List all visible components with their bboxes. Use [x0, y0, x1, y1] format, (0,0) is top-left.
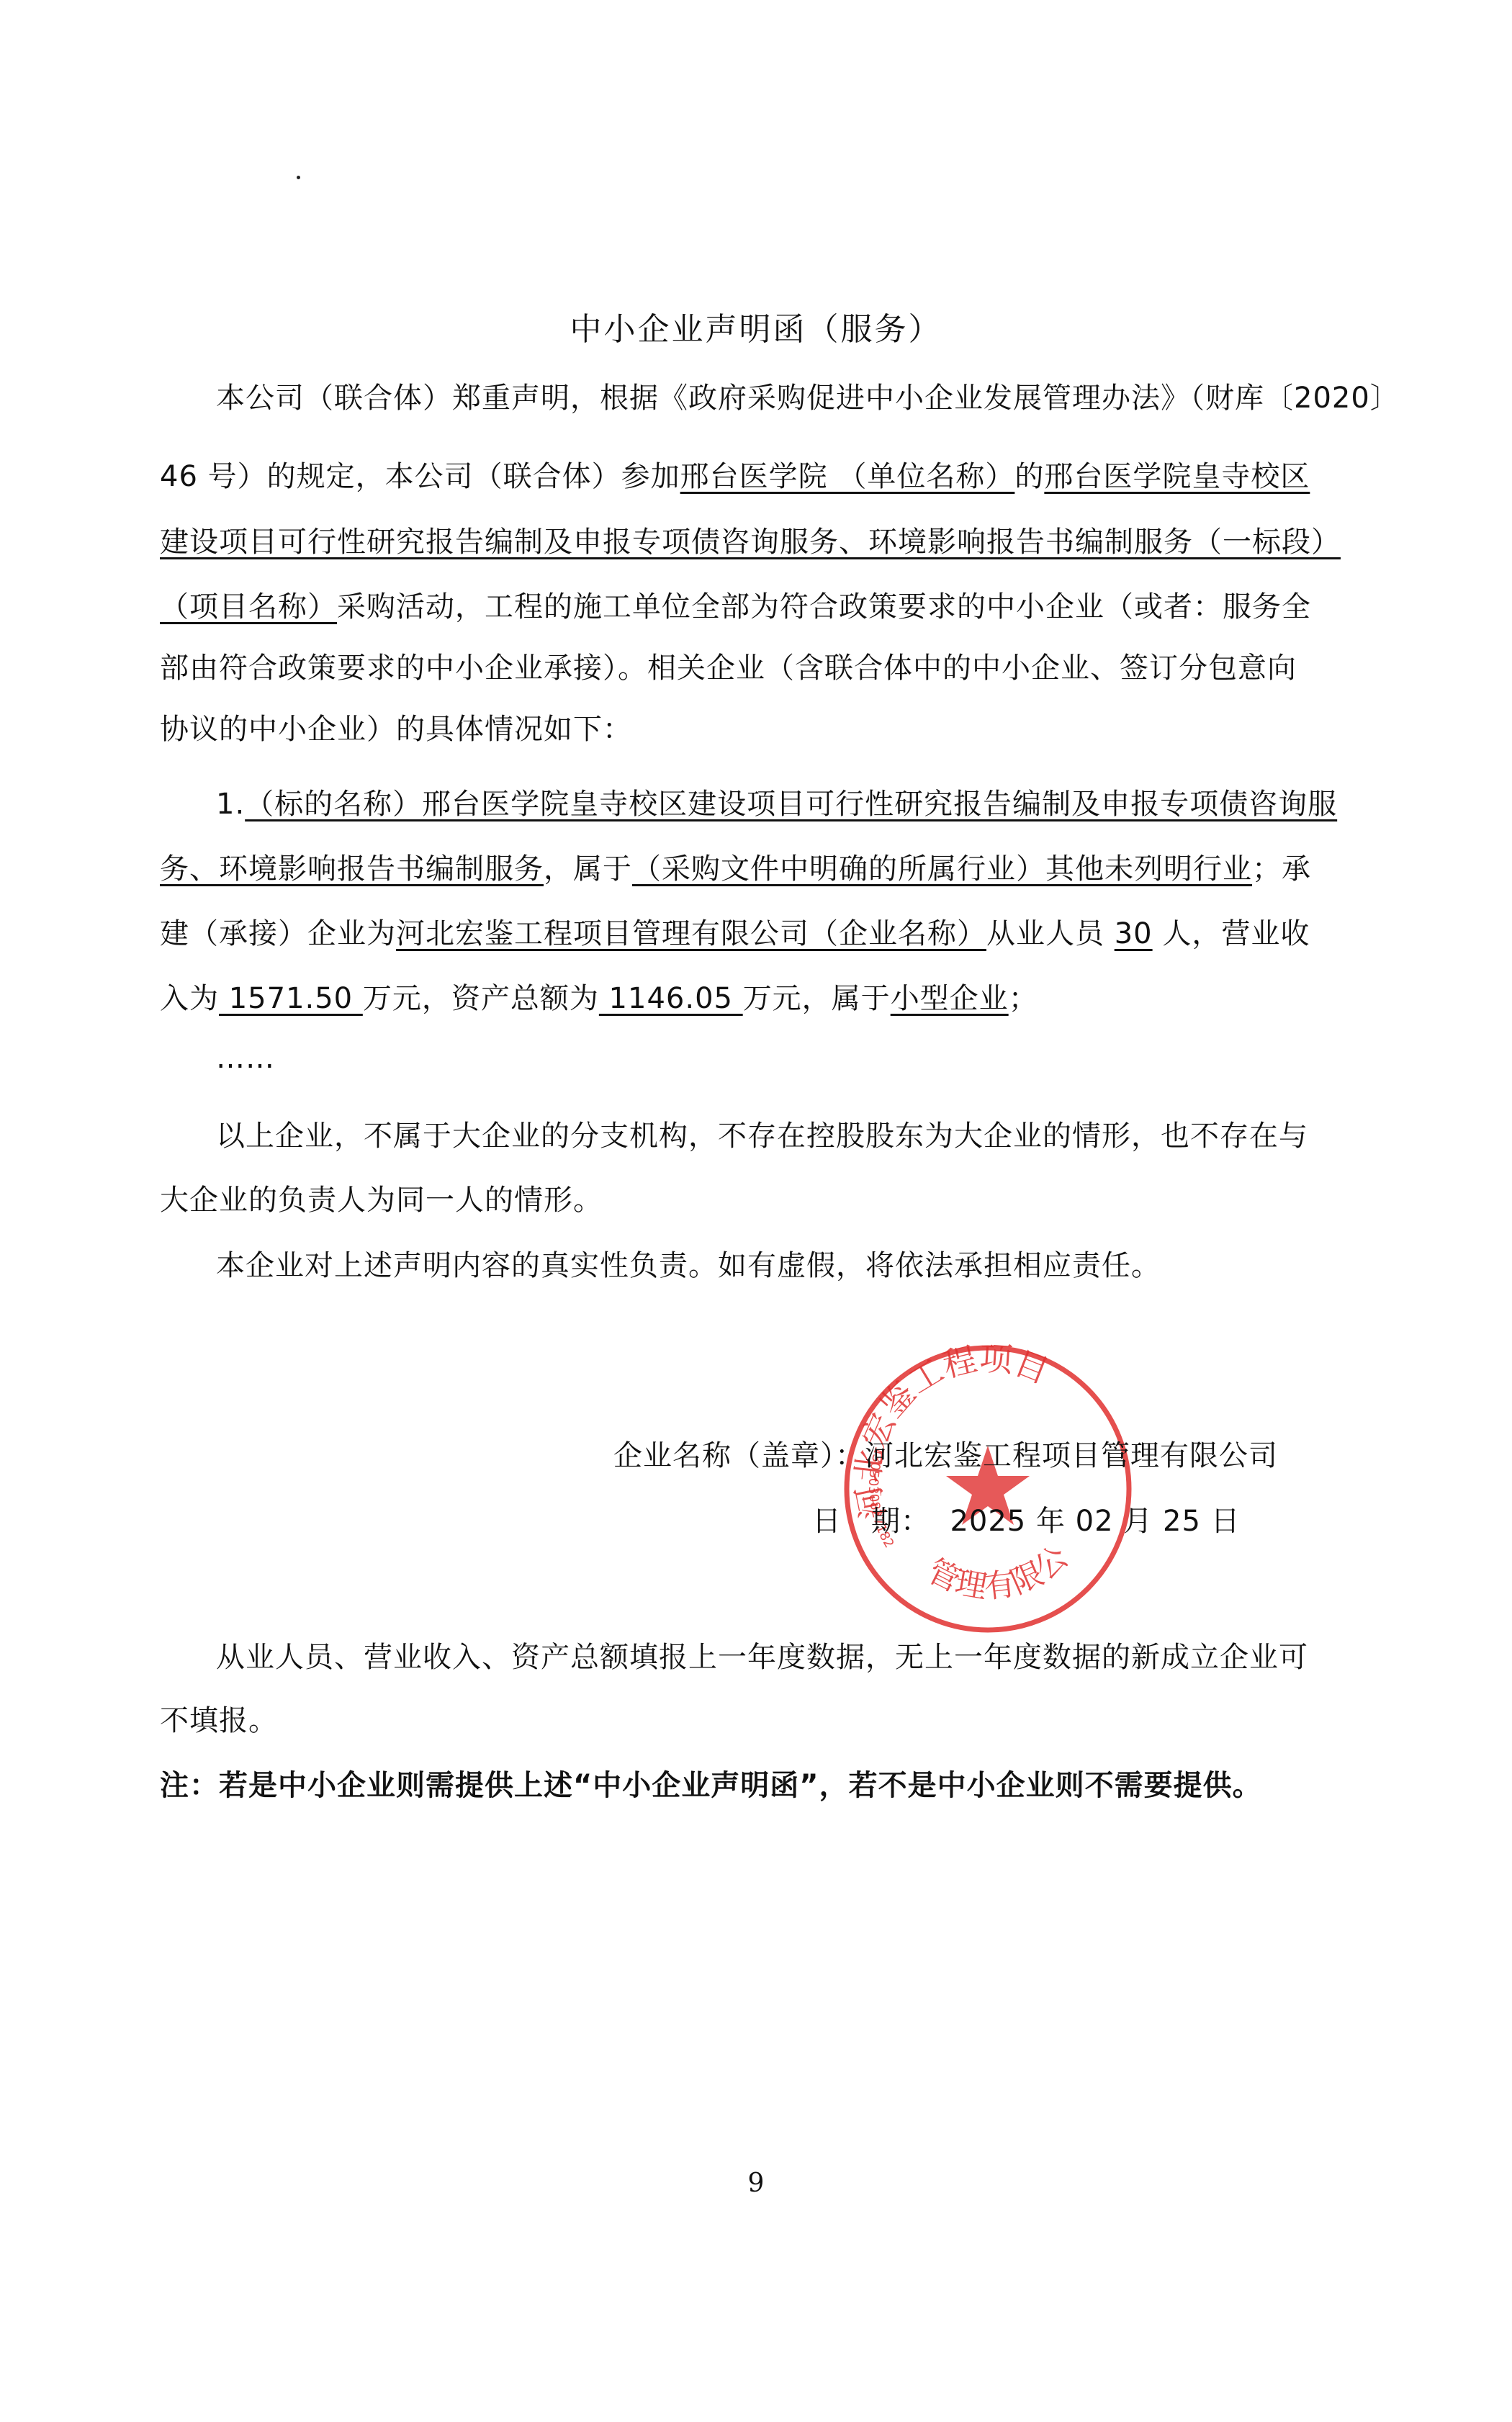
- company-name: 河北宏鉴工程项目管理有限公司: [865, 1439, 1278, 1472]
- item1-line1: 1.（标的名称）邢台医学院皇寺校区建设项目可行性研究报告编制及申报专项债咨询服: [216, 783, 1337, 826]
- date-label: 日 期：: [812, 1505, 930, 1538]
- paragraph2-line1: 以上企业，不属于大企业的分支机构，不存在控股股东为大企业的情形，也不存在与: [216, 1115, 1308, 1158]
- subject-name-field: 务、环境影响报告书编制服务: [160, 852, 544, 886]
- text: 采购活动，工程的施工单位全部为符合政策要求的中小企业（或者：服务全: [337, 590, 1311, 623]
- project-name-field: 邢台医学院皇寺校区: [1044, 460, 1310, 493]
- scan-speck: [297, 176, 300, 179]
- ellipsis: ……: [216, 1037, 275, 1080]
- footnote-line1: 从业人员、营业收入、资产总额填报上一年度数据，无上一年度数据的新成立企业可: [216, 1636, 1308, 1679]
- item1-line4: 入为 1571.50 万元，资产总额为 1146.05 万元，属于小型企业；: [160, 977, 1038, 1020]
- note: 注：若是中小企业则需提供上述“中小企业声明函”，若不是中小企业则不需要提供。: [160, 1764, 1262, 1807]
- text: 建（承接）企业为: [160, 917, 396, 950]
- text: ；承: [1252, 852, 1311, 886]
- project-name-label: （项目名称）: [160, 590, 337, 623]
- paragraph1-line4: （项目名称）采购活动，工程的施工单位全部为符合政策要求的中小企业（或者：服务全: [160, 585, 1311, 629]
- text: 的: [1014, 460, 1044, 493]
- date-value: 2025 年 02 月 25 日: [950, 1505, 1240, 1538]
- footnote-line2: 不填报。: [160, 1699, 278, 1742]
- page-number: 9: [0, 2169, 1512, 2198]
- text: 入为: [160, 982, 219, 1015]
- unit-name-field: 邢台医学院 （单位名称）: [680, 460, 1015, 493]
- text: ，属于: [544, 852, 632, 886]
- signature-date: 日 期： 2025 年 02 月 25 日: [812, 1500, 1241, 1543]
- paragraph1-line5: 部由符合政策要求的中小企业承接）。相关企业（含联合体中的中小企业、签订分包意向: [160, 647, 1297, 690]
- item-number: 1.: [216, 788, 245, 821]
- enterprise-type-field: 小型企业: [891, 982, 1009, 1015]
- document-page: 中小企业声明函（服务） 本公司（联合体）郑重声明，根据《政府采购促进中小企业发展…: [0, 0, 1512, 2422]
- project-name-field: 建设项目可行性研究报告编制及申报专项债咨询服务、环境影响报告书编制服务（一标段）: [160, 526, 1341, 559]
- paragraph1-line2: 46 号）的规定，本公司（联合体）参加邢台医学院 （单位名称）的邢台医学院皇寺校…: [160, 455, 1310, 498]
- document-title: 中小企业声明函（服务）: [0, 308, 1512, 351]
- company-seal-icon: 河北宏鉴工程项目 管理有限公司 1305030827182: [837, 1338, 1139, 1640]
- revenue-field: 1571.50: [219, 982, 363, 1015]
- paragraph1-line6: 协议的中小企业）的具体情况如下：: [160, 708, 632, 751]
- text: 46 号）的规定，本公司（联合体）参加: [160, 460, 680, 493]
- text: 从业人员: [986, 917, 1115, 950]
- company-label: 企业名称（盖章）：: [613, 1439, 865, 1472]
- industry-field: （采购文件中明确的所属行业）其他未列明行业: [632, 852, 1252, 886]
- paragraph2-line2: 大企业的负责人为同一人的情形。: [160, 1179, 603, 1222]
- employees-field: 30: [1115, 917, 1153, 950]
- text: 人，营业收: [1153, 917, 1310, 950]
- item1-line2: 务、环境影响报告书编制服务，属于（采购文件中明确的所属行业）其他未列明行业；承: [160, 847, 1311, 891]
- paragraph1-line1: 本公司（联合体）郑重声明，根据《政府采购促进中小企业发展管理办法》（财库〔202…: [216, 377, 1400, 420]
- total-assets-field: 1146.05: [599, 982, 743, 1015]
- text: ；: [1009, 982, 1038, 1015]
- text: 万元，资产总额为: [363, 982, 599, 1015]
- paragraph1-line3: 建设项目可行性研究报告编制及申报专项债咨询服务、环境影响报告书编制服务（一标段）: [160, 521, 1341, 564]
- item1-line3: 建（承接）企业为河北宏鉴工程项目管理有限公司（企业名称）从业人员 30 人，营业…: [160, 912, 1310, 955]
- text: 万元，属于: [743, 982, 891, 1015]
- subject-name-field: （标的名称）邢台医学院皇寺校区建设项目可行性研究报告编制及申报专项债咨询服: [245, 788, 1337, 821]
- company-name-field: 河北宏鉴工程项目管理有限公司（企业名称）: [396, 917, 986, 950]
- signature-company: 企业名称（盖章）：河北宏鉴工程项目管理有限公司: [613, 1434, 1278, 1477]
- paragraph3: 本企业对上述声明内容的真实性负责。如有虚假，将依法承担相应责任。: [216, 1244, 1161, 1287]
